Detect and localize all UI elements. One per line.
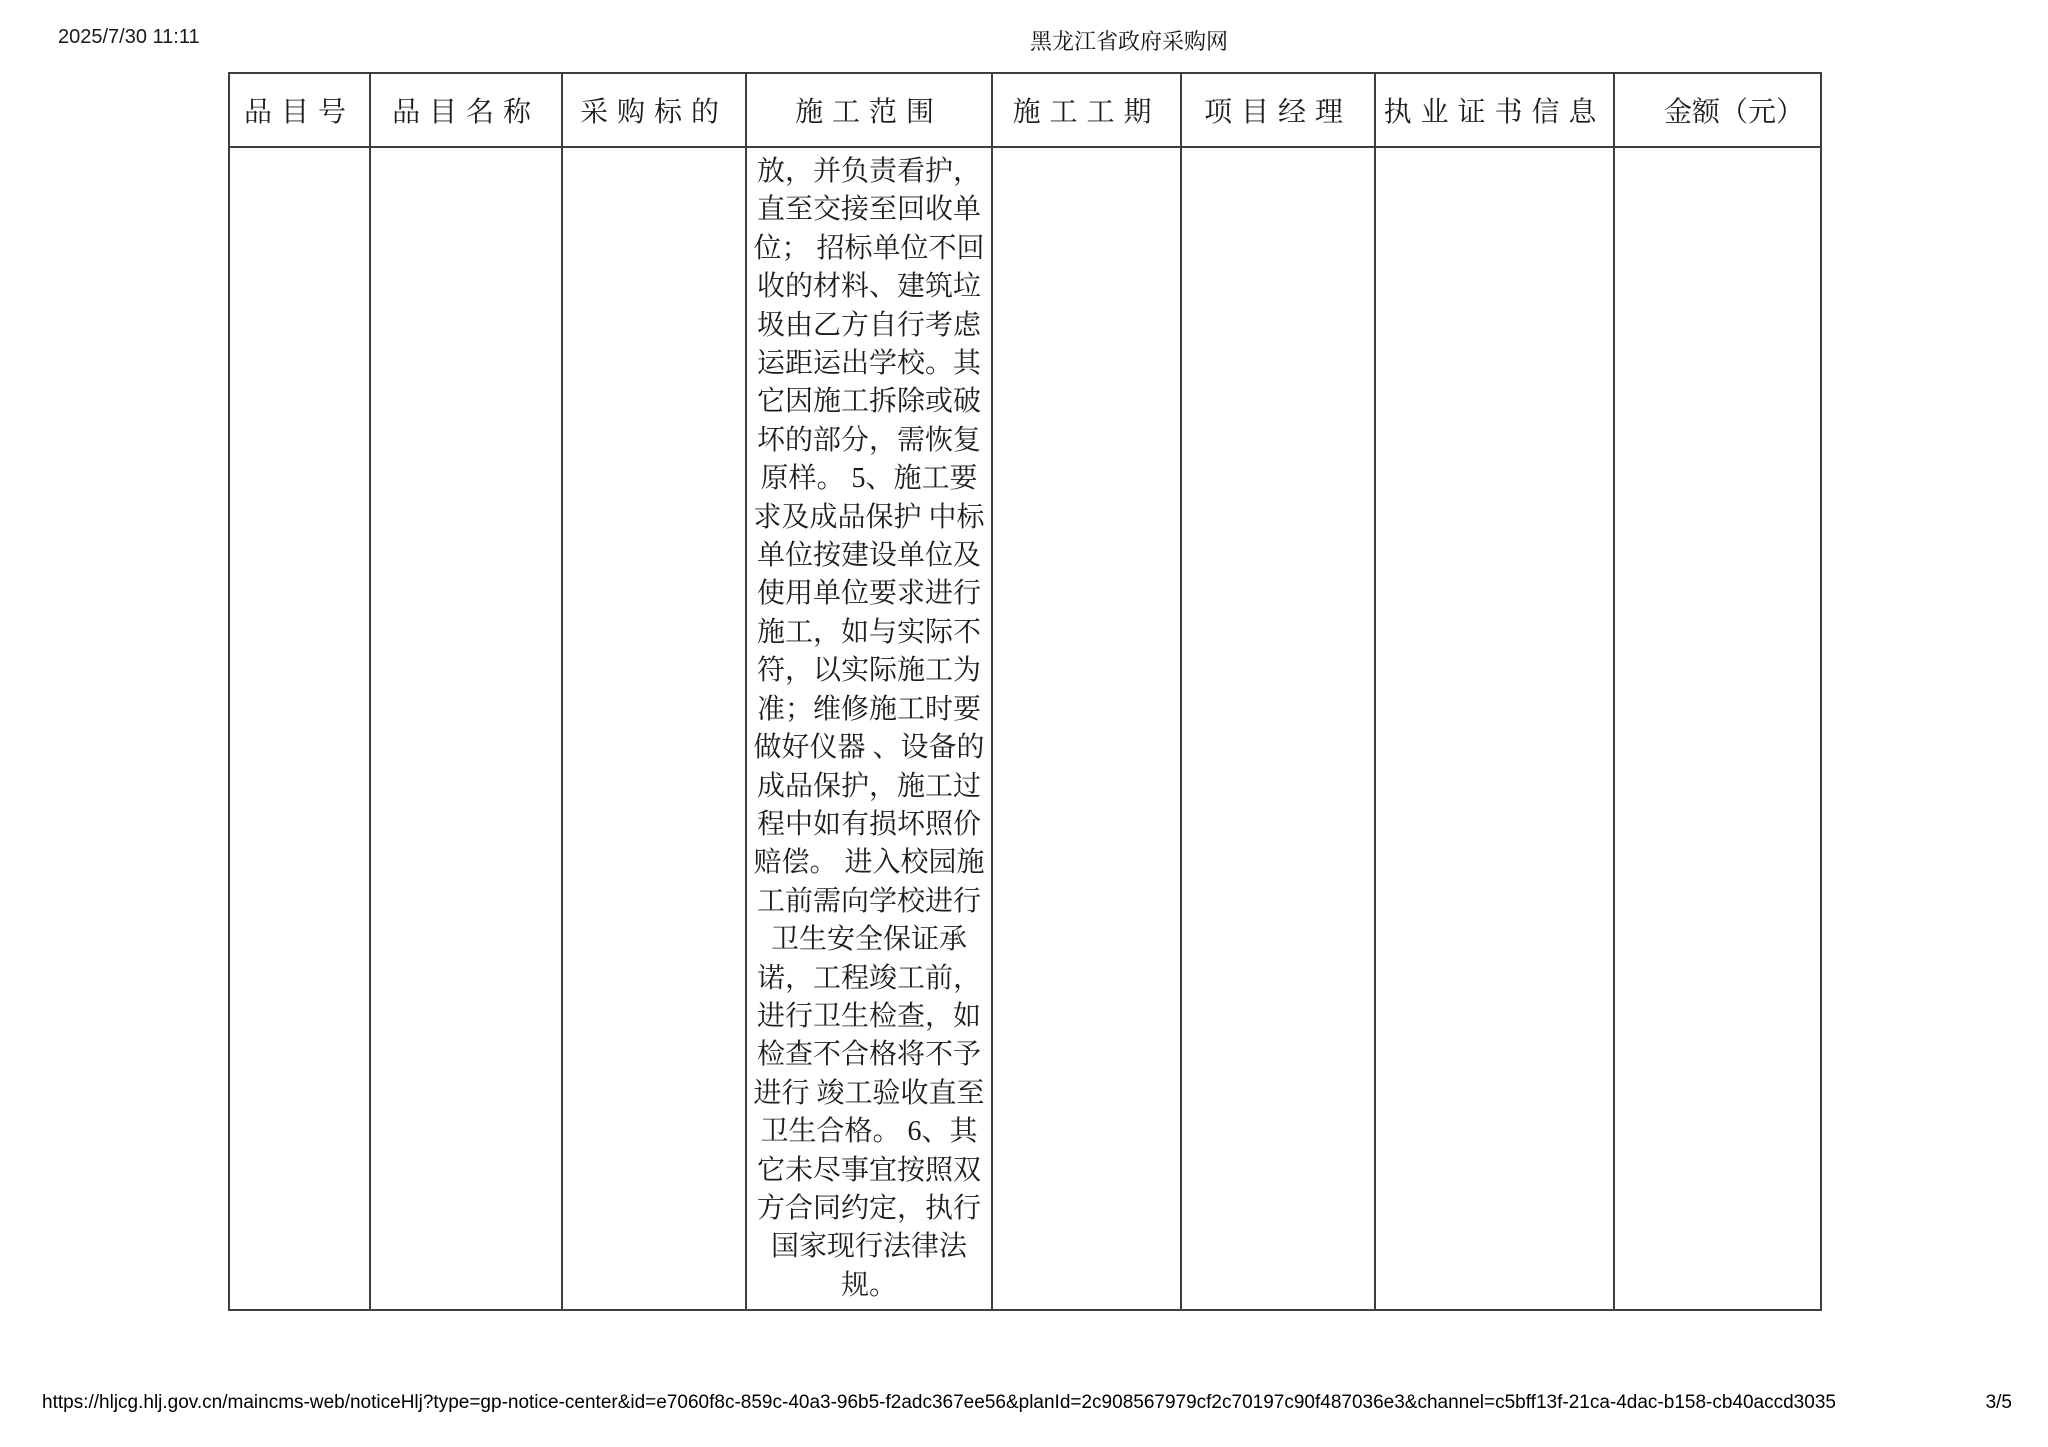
column-header-amount: 金额（元） [1614, 73, 1821, 147]
cell-certificate-info [1375, 147, 1614, 1310]
print-page: 2025/7/30 11:11 黑龙江省政府采购网 品目号 品目名称 采购标的 … [0, 0, 2048, 1447]
table-row: 放，并负责看护， 直至交接至回收单 位； 招标单位不回 收的材料、建筑垃 圾由乙… [229, 147, 1821, 1310]
procurement-table: 品目号 品目名称 采购标的 施工范围 施工工期 项目经理 执业证书信息 金额（元… [228, 72, 1822, 1311]
cell-project-manager [1181, 147, 1375, 1310]
footer-url: https://hljcg.hlj.gov.cn/maincms-web/not… [42, 1392, 1836, 1414]
cell-construction-period [992, 147, 1181, 1310]
cell-procurement-target [562, 147, 746, 1310]
column-header-construction-period: 施工工期 [992, 73, 1181, 147]
table-header-row: 品目号 品目名称 采购标的 施工范围 施工工期 项目经理 执业证书信息 金额（元… [229, 73, 1821, 147]
column-header-certificate-info: 执业证书信息 [1375, 73, 1614, 147]
print-timestamp: 2025/7/30 11:11 [58, 26, 200, 49]
page-indicator: 3/5 [1986, 1392, 2012, 1414]
cell-amount [1614, 147, 1821, 1310]
site-title: 黑龙江省政府采购网 [1030, 25, 1228, 56]
cell-item-no [229, 147, 370, 1310]
column-header-procurement-target: 采购标的 [562, 73, 746, 147]
column-header-construction-scope: 施工范围 [746, 73, 992, 147]
column-header-item-no: 品目号 [229, 73, 370, 147]
column-header-item-name: 品目名称 [370, 73, 562, 147]
cell-construction-scope: 放，并负责看护， 直至交接至回收单 位； 招标单位不回 收的材料、建筑垃 圾由乙… [746, 147, 992, 1310]
column-header-project-manager: 项目经理 [1181, 73, 1375, 147]
cell-item-name [370, 147, 562, 1310]
